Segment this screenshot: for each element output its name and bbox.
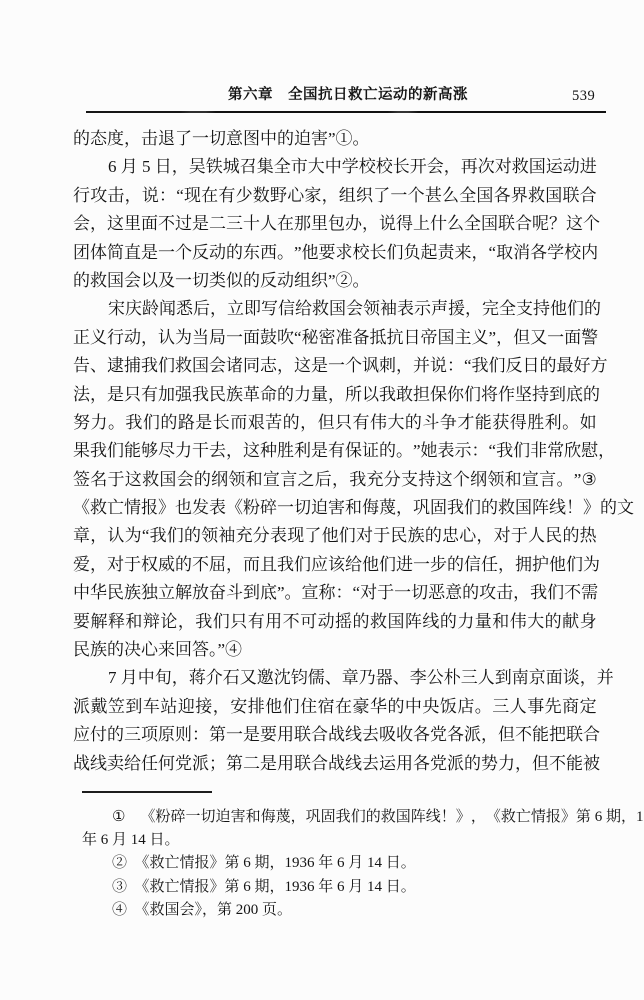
text-line: 签名于这救国会的纲领和宣言之后，我充分支持这个纲领和宣言。”③ [73, 466, 597, 494]
text-line: 章，认为“我们的领袖充分表现了他们对于民族的忠心，对于人民的热 [73, 522, 597, 550]
text-line: 应付的三项原则：第一是要用联合战线去吸收各党各派，但不能把联合 [73, 721, 597, 749]
running-header: 第六章 全国抗日救亡运动的新高涨 [73, 87, 597, 104]
text-line: 告、逮捕我们救国会诸同志，这是一个讽刺，并说：“我们反日的最好方 [73, 352, 597, 380]
header-rule [86, 111, 606, 113]
text-line: 法，是只有加强我民族革命的力量，所以我敢担保你们将作坚持到底的 [73, 381, 597, 409]
text-line: 《救亡情报》也发表《粉碎一切迫害和侮蔑，巩固我们的救国阵线！》的文 [73, 494, 597, 522]
chapter-label: 第六章 [228, 87, 273, 103]
footnote-line: 年 6 月 14 日。 [82, 829, 598, 852]
text-line: 的救国会以及一切类似的反动组织”②。 [73, 267, 597, 295]
footnotes: ① 《粉碎一切迫害和侮蔑，巩固我们的救国阵线！》，《救亡情报》第 6 期，193… [82, 806, 598, 922]
footnote-line: ② 《救亡情报》第 6 期，1936 年 6 月 14 日。 [82, 852, 598, 875]
text-line: 7 月中旬，蒋介石又邀沈钧儒、章乃器、李公朴三人到南京面谈，并 [73, 664, 597, 692]
text-line: 会，这里面不过是二三十人在那里包办，说得上什么全国联合呢？这个 [73, 210, 597, 238]
text-line: 果我们能够尽力干去，这种胜利是有保证的。”她表示：“我们非常欣慰， [73, 437, 597, 465]
text-line: 的态度，击退了一切意图中的迫害”①。 [73, 125, 597, 153]
footnote-line: ③ 《救亡情报》第 6 期，1936 年 6 月 14 日。 [82, 876, 598, 899]
text-line: 派戴笠到车站迎接，安排他们住宿在豪华的中央饭店。三人事先商定 [73, 693, 597, 721]
text-line: 战线卖给任何党派；第二是用联合战线去运用各党派的势力，但不能被 [73, 750, 597, 778]
text-line: 中华民族独立解放奋斗到底”。宣称：“对于一切恶意的攻击，我们不需 [73, 579, 597, 607]
chapter-title: 全国抗日救亡运动的新高涨 [288, 87, 468, 103]
header-gap [273, 87, 288, 103]
text-line: 正义行动，认为当局一面鼓吹“秘密准备抵抗日帝国主义”，但又一面警 [73, 324, 597, 352]
body-text: 的态度，击退了一切意图中的迫害”①。6 月 5 日，吴铁城召集全市大中学校校长开… [73, 125, 597, 778]
text-line: 宋庆龄闻悉后，立即写信给救国会领袖表示声援，完全支持他们的 [73, 295, 597, 323]
text-line: 民族的决心来回答。”④ [73, 636, 597, 664]
text-line: 行攻击，说：“现在有少数野心家，组织了一个甚么全国各界救国联合 [73, 182, 597, 210]
footnote-divider [82, 791, 212, 793]
book-page: 第六章 全国抗日救亡运动的新高涨 539 的态度，击退了一切意图中的迫害”①。6… [0, 0, 644, 1000]
text-line: 团体简直是一个反动的东西。”他要求校长们负起责来，“取消各学校内 [73, 239, 597, 267]
text-line: 努力。我们的路是长而艰苦的，但只有伟大的斗争才能获得胜利。如 [73, 409, 597, 437]
text-line: 6 月 5 日，吴铁城召集全市大中学校校长开会，再次对救国运动进 [73, 153, 597, 181]
text-line: 爱，对于权威的不屈，而且我们应该给他们进一步的信任，拥护他们为 [73, 551, 597, 579]
footnote-line: ① 《粉碎一切迫害和侮蔑，巩固我们的救国阵线！》，《救亡情报》第 6 期，193… [82, 806, 598, 829]
footnote-line: ④ 《救国会》，第 200 页。 [82, 899, 598, 922]
text-line: 要解释和辩论，我们只有用不可动摇的救国阵线的力量和伟大的献身 [73, 608, 597, 636]
page-number: 539 [572, 88, 602, 104]
